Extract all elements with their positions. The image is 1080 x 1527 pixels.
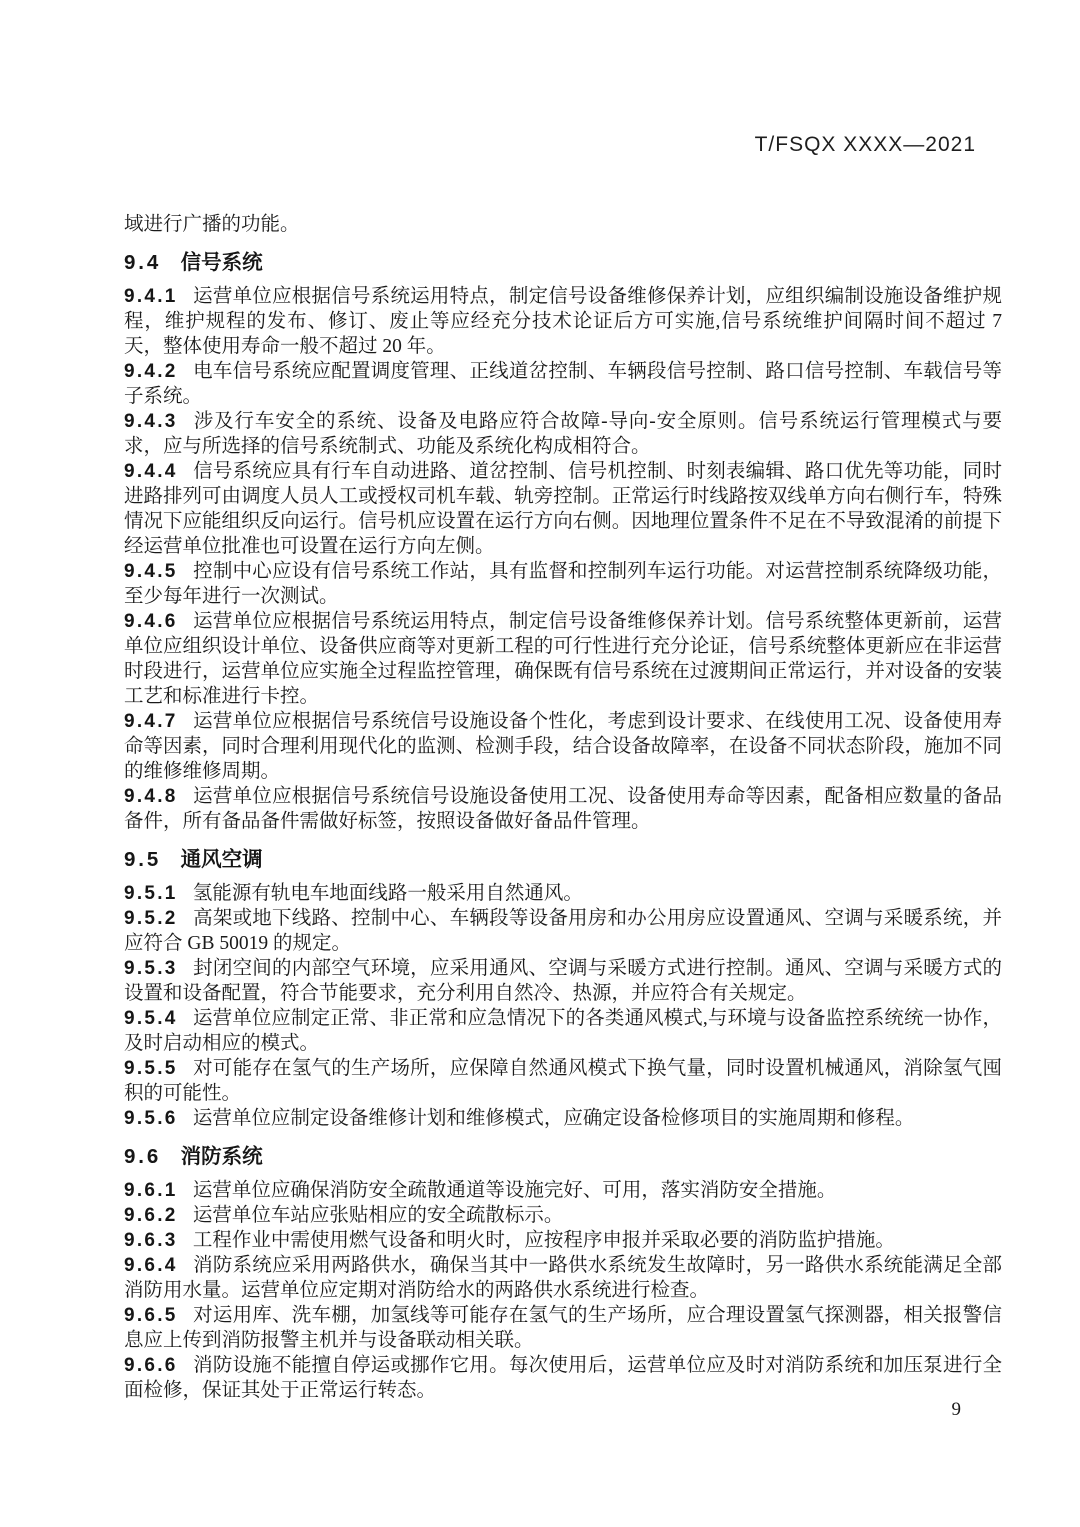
clause-number: 9.5.3 bbox=[124, 958, 178, 979]
clause-9-4-2: 9.4.2电车信号系统应配置调度管理、正线道岔控制、车辆段信号控制、路口信号控制… bbox=[124, 359, 1002, 409]
clause-text: 封闭空间的内部空气环境，应采用通风、空调与采暖方式进行控制。通风、空调与采暖方式… bbox=[124, 958, 1002, 1004]
clause-text: 对可能存在氢气的生产场所，应保障自然通风模式下换气量，同时设置机械通风，消除氢气… bbox=[124, 1058, 1002, 1104]
clause-text: 运营单位应根据信号系统信号设施设备使用工况、设备使用寿命等因素，配备相应数量的备… bbox=[124, 786, 1002, 832]
section-number: 9.5 bbox=[124, 848, 161, 871]
clause-number: 9.4.8 bbox=[124, 786, 178, 807]
section-number: 9.4 bbox=[124, 251, 161, 274]
clause-9-4-7: 9.4.7运营单位应根据信号系统信号设施设备个性化，考虑到设计要求、在线使用工况… bbox=[124, 709, 1002, 784]
document-page: T/FSQX XXXX—2021 域进行广播的功能。 9.4信号系统 9.4.1… bbox=[0, 0, 1080, 1527]
page-number: 9 bbox=[952, 1399, 962, 1421]
clause-text: 对运用库、洗车棚，加氢线等可能存在氢气的生产场所，应合理设置氢气探测器，相关报警… bbox=[124, 1305, 1002, 1351]
clause-9-4-5: 9.4.5控制中心应设有信号系统工作站，具有监督和控制列车运行功能。对运营控制系… bbox=[124, 559, 1002, 609]
clause-9-6-2: 9.6.2运营单位车站应张贴相应的安全疏散标示。 bbox=[124, 1203, 1002, 1228]
clause-9-4-1: 9.4.1运营单位应根据信号系统运用特点，制定信号设备维修保养计划，应组织编制设… bbox=[124, 284, 1002, 359]
clause-text: 信号系统应具有行车自动进路、道岔控制、信号机控制、时刻表编辑、路口优先等功能，同… bbox=[124, 461, 1002, 557]
clause-text: 运营单位应根据信号系统运用特点，制定信号设备维修保养计划。信号系统整体更新前，运… bbox=[124, 611, 1002, 707]
clause-number: 9.5.6 bbox=[124, 1108, 178, 1129]
clause-text: 涉及行车安全的系统、设备及电路应符合故障-导向-安全原则。信号系统运行管理模式与… bbox=[124, 411, 1002, 457]
clause-text: 氢能源有轨电车地面线路一般采用自然通风。 bbox=[193, 883, 583, 904]
clause-text: 运营单位应确保消防安全疏散通道等设施完好、可用，落实消防安全措施。 bbox=[193, 1180, 837, 1201]
clause-number: 9.6.1 bbox=[124, 1180, 178, 1201]
clause-text: 运营单位应制定设备维修计划和维修模式，应确定设备检修项目的实施周期和修程。 bbox=[193, 1108, 915, 1129]
clause-number: 9.4.2 bbox=[124, 361, 178, 382]
doc-header: T/FSQX XXXX—2021 bbox=[755, 133, 976, 157]
section-9-4-heading: 9.4信号系统 bbox=[124, 250, 1002, 276]
clause-9-4-6: 9.4.6运营单位应根据信号系统运用特点，制定信号设备维修保养计划。信号系统整体… bbox=[124, 609, 1002, 709]
clause-9-4-3: 9.4.3涉及行车安全的系统、设备及电路应符合故障-导向-安全原则。信号系统运行… bbox=[124, 409, 1002, 459]
intro-paragraph: 域进行广播的功能。 bbox=[124, 212, 1002, 237]
clause-text: 运营单位车站应张贴相应的安全疏散标示。 bbox=[193, 1205, 564, 1226]
clause-9-4-4: 9.4.4信号系统应具有行车自动进路、道岔控制、信号机控制、时刻表编辑、路口优先… bbox=[124, 459, 1002, 559]
clause-9-4-8: 9.4.8运营单位应根据信号系统信号设施设备使用工况、设备使用寿命等因素，配备相… bbox=[124, 784, 1002, 834]
clause-text: 高架或地下线路、控制中心、车辆段等设备用房和办公用房应设置通风、空调与采暖系统，… bbox=[124, 908, 1002, 954]
clause-text: 控制中心应设有信号系统工作站，具有监督和控制列车运行功能。对运营控制系统降级功能… bbox=[124, 561, 1002, 607]
clause-number: 9.5.2 bbox=[124, 908, 178, 929]
clause-number: 9.6.6 bbox=[124, 1355, 178, 1376]
clause-9-6-6: 9.6.6消防设施不能擅自停运或挪作它用。每次使用后，运营单位应及时对消防系统和… bbox=[124, 1353, 1002, 1403]
clause-9-5-2: 9.5.2高架或地下线路、控制中心、车辆段等设备用房和办公用房应设置通风、空调与… bbox=[124, 906, 1002, 956]
clause-9-5-4: 9.5.4运营单位应制定正常、非正常和应急情况下的各类通风模式,与环境与设备监控… bbox=[124, 1006, 1002, 1056]
clause-text: 运营单位应根据信号系统信号设施设备个性化，考虑到设计要求、在线使用工况、设备使用… bbox=[124, 711, 1002, 782]
clause-text: 消防设施不能擅自停运或挪作它用。每次使用后，运营单位应及时对消防系统和加压泵进行… bbox=[124, 1355, 1002, 1401]
clause-number: 9.4.5 bbox=[124, 561, 178, 582]
section-number: 9.6 bbox=[124, 1145, 161, 1168]
clause-text: 电车信号系统应配置调度管理、正线道岔控制、车辆段信号控制、路口信号控制、车载信号… bbox=[124, 361, 1002, 407]
section-9-5-heading: 9.5通风空调 bbox=[124, 847, 1002, 873]
clause-text: 运营单位应根据信号系统运用特点，制定信号设备维修保养计划，应组织编制设施设备维护… bbox=[124, 286, 1002, 357]
doc-body: 域进行广播的功能。 9.4信号系统 9.4.1运营单位应根据信号系统运用特点，制… bbox=[124, 212, 1002, 1403]
clause-9-5-1: 9.5.1氢能源有轨电车地面线路一般采用自然通风。 bbox=[124, 881, 1002, 906]
clause-number: 9.6.5 bbox=[124, 1305, 178, 1326]
section-title: 信号系统 bbox=[181, 251, 263, 274]
clause-text: 运营单位应制定正常、非正常和应急情况下的各类通风模式,与环境与设备监控系统统一协… bbox=[124, 1008, 1002, 1054]
clause-number: 9.4.1 bbox=[124, 286, 178, 307]
clause-number: 9.6.3 bbox=[124, 1230, 178, 1251]
clause-9-5-6: 9.5.6运营单位应制定设备维修计划和维修模式，应确定设备检修项目的实施周期和修… bbox=[124, 1106, 1002, 1131]
section-9-6-heading: 9.6消防系统 bbox=[124, 1144, 1002, 1170]
clause-number: 9.5.1 bbox=[124, 883, 178, 904]
clause-9-6-1: 9.6.1运营单位应确保消防安全疏散通道等设施完好、可用，落实消防安全措施。 bbox=[124, 1178, 1002, 1203]
section-title: 消防系统 bbox=[181, 1145, 263, 1168]
clause-text: 消防系统应采用两路供水，确保当其中一路供水系统发生故障时，另一路供水系统能满足全… bbox=[124, 1255, 1002, 1301]
clause-number: 9.4.4 bbox=[124, 461, 178, 482]
clause-number: 9.5.5 bbox=[124, 1058, 178, 1079]
clause-9-6-4: 9.6.4消防系统应采用两路供水，确保当其中一路供水系统发生故障时，另一路供水系… bbox=[124, 1253, 1002, 1303]
clause-number: 9.4.7 bbox=[124, 711, 178, 732]
clause-text: 工程作业中需使用燃气设备和明火时，应按程序申报并采取必要的消防监护措施。 bbox=[193, 1230, 895, 1251]
clause-number: 9.4.3 bbox=[124, 411, 178, 432]
clause-number: 9.6.4 bbox=[124, 1255, 178, 1276]
clause-9-6-3: 9.6.3工程作业中需使用燃气设备和明火时，应按程序申报并采取必要的消防监护措施… bbox=[124, 1228, 1002, 1253]
clause-9-5-3: 9.5.3封闭空间的内部空气环境，应采用通风、空调与采暖方式进行控制。通风、空调… bbox=[124, 956, 1002, 1006]
section-title: 通风空调 bbox=[181, 848, 263, 871]
clause-9-5-5: 9.5.5对可能存在氢气的生产场所，应保障自然通风模式下换气量，同时设置机械通风… bbox=[124, 1056, 1002, 1106]
clause-number: 9.6.2 bbox=[124, 1205, 178, 1226]
clause-number: 9.5.4 bbox=[124, 1008, 178, 1029]
clause-number: 9.4.6 bbox=[124, 611, 178, 632]
clause-9-6-5: 9.6.5对运用库、洗车棚，加氢线等可能存在氢气的生产场所，应合理设置氢气探测器… bbox=[124, 1303, 1002, 1353]
